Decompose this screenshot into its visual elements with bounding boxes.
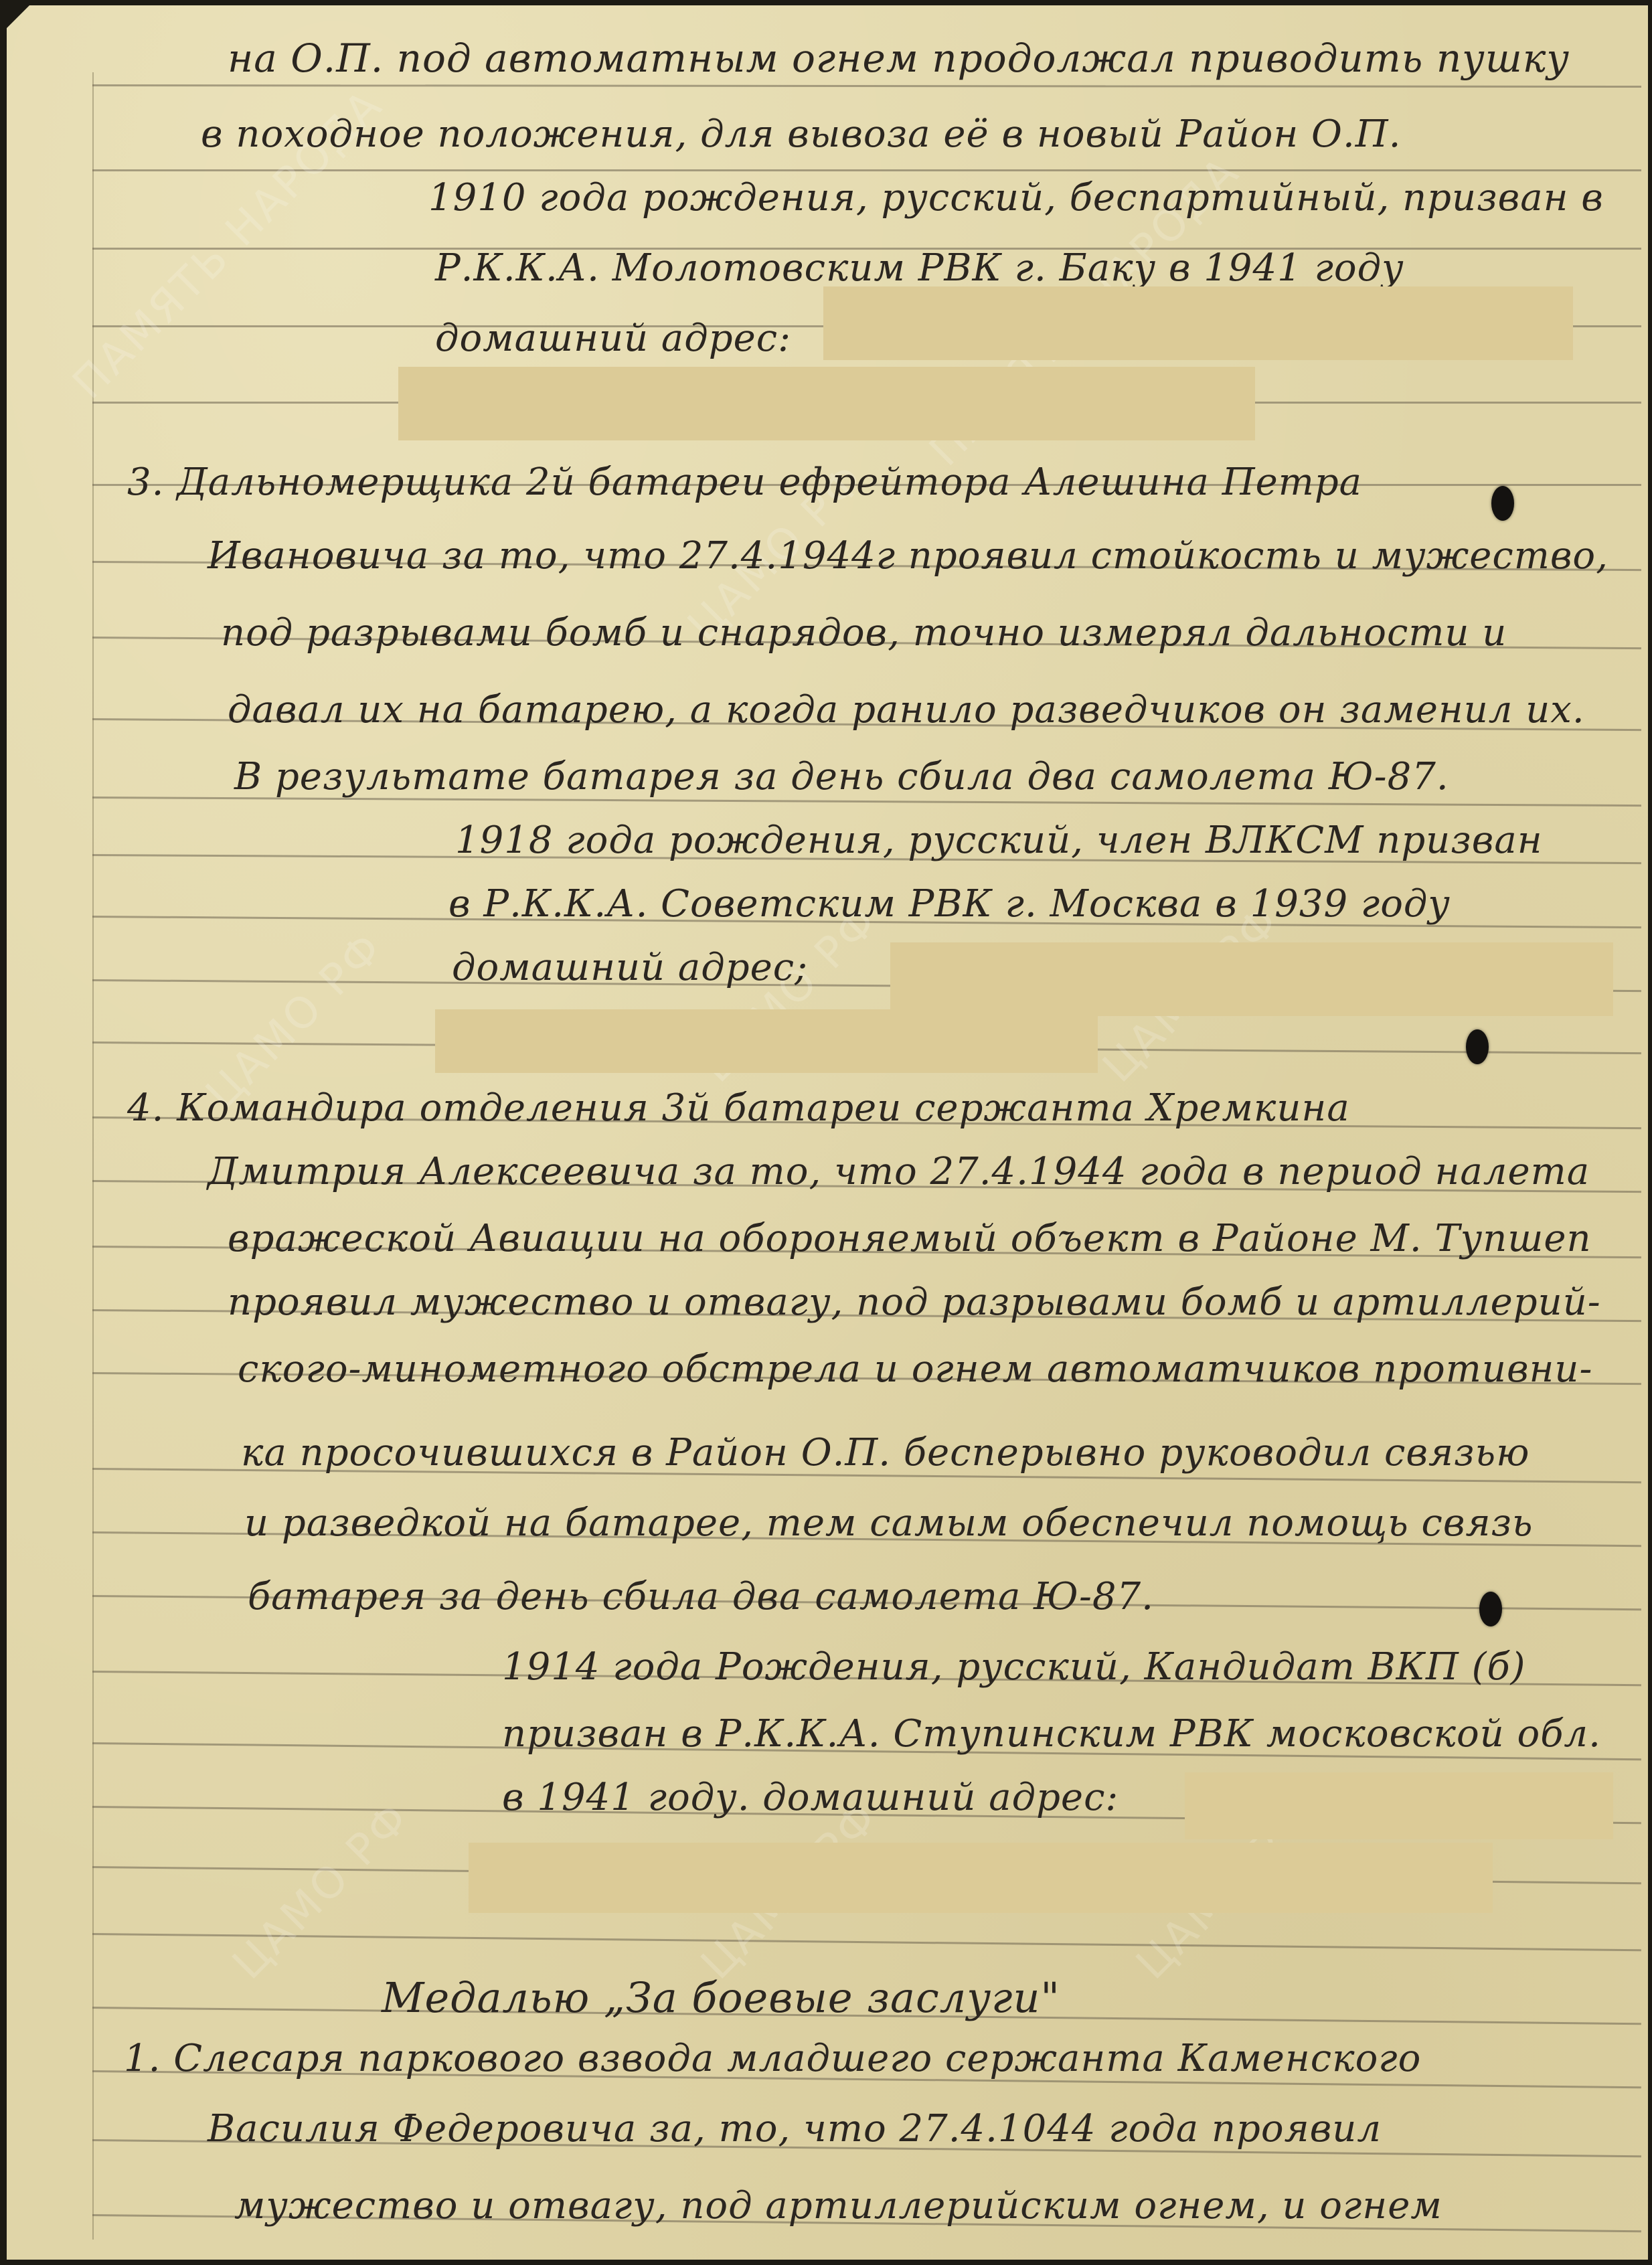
watermark: ЦАМО РФ — [224, 1792, 420, 1989]
redacted-address — [823, 286, 1573, 360]
text-line: 4. Командира отделения 3й батареи сержан… — [127, 1086, 1350, 1130]
text-line: 3. Дальномерщика 2й батареи ефрейтора Ал… — [127, 460, 1362, 504]
punch-hole — [1479, 1592, 1502, 1626]
text-line: батарея за день сбила два самолета Ю-87. — [248, 1575, 1154, 1618]
text-line: Р.К.К.А. Молотовским РВК г. Баку в 1941 … — [435, 246, 1404, 290]
text-line: под разрывами бомб и снарядов, точно изм… — [221, 611, 1507, 655]
text-line: 1918 года рождения, русский, член ВЛКСМ … — [455, 819, 1543, 862]
redacted-address — [435, 1009, 1098, 1073]
text-line: Ивановича за то, что 27.4.1944г проявил … — [208, 534, 1608, 578]
text-line: 1. Слесаря паркового взвода младшего сер… — [124, 2037, 1421, 2080]
text-line: в походное положения, для вывоза её в но… — [201, 112, 1401, 156]
text-line: Василия Федеровича за, то, что 27.4.1044… — [208, 2107, 1382, 2151]
text-line: проявил мужество и отвагу, под разрывами… — [228, 1280, 1601, 1324]
ruled-line — [92, 169, 1641, 171]
text-line: Дмитрия Алексеевича за то, что 27.4.1944… — [208, 1150, 1590, 1193]
torn-corner — [7, 5, 29, 28]
text-line: вражеской Авиации на обороняемый объект … — [228, 1217, 1592, 1260]
ruled-line — [92, 1933, 1641, 1951]
text-line: призван в Р.К.К.А. Ступинским РВК москов… — [502, 1712, 1601, 1756]
redacted-address — [469, 1843, 1493, 1913]
text-line: давал их на батарею, а когда ранило разв… — [228, 688, 1585, 732]
text-line: мужество и отвагу, под артиллерийским ог… — [234, 2184, 1442, 2228]
text-line: 1910 года рождения, русский, беспартийны… — [428, 176, 1604, 220]
text-line: и разведкой на батарее, тем самым обеспе… — [244, 1501, 1534, 1545]
punch-hole — [1491, 486, 1514, 521]
redacted-address — [398, 367, 1255, 440]
redacted-address — [890, 942, 1613, 1016]
text-line: в 1941 году. домашний адрес: — [502, 1776, 1119, 1819]
text-line: домашний адрес; — [452, 946, 808, 989]
text-line: на О.П. под автоматным огнем продолжал п… — [228, 35, 1570, 81]
ruled-line — [92, 84, 1641, 88]
text-line: 1914 года Рождения, русский, Кандидат ВК… — [502, 1645, 1526, 1689]
text-line: ского-минометного обстрела и огнем автом… — [238, 1347, 1592, 1391]
margin-line — [92, 72, 94, 2240]
text-line: в Р.К.К.А. Советским РВК г. Москва в 193… — [448, 882, 1451, 926]
text-line: домашний адрес: — [435, 317, 791, 360]
document-page: ПАМЯТЬ НАРОДА ПАМЯТЬ НАРОДА ЦАМО РФ ЦАМО… — [7, 5, 1648, 2260]
text-line: ка просочившихся в Район О.П. бесперывно… — [241, 1431, 1530, 1475]
section-heading: Медалью „За боевые заслуги" — [382, 1973, 1060, 2022]
redacted-address — [1185, 1772, 1613, 1839]
text-line: В результате батарея за день сбила два с… — [234, 755, 1449, 799]
punch-hole — [1466, 1029, 1489, 1064]
